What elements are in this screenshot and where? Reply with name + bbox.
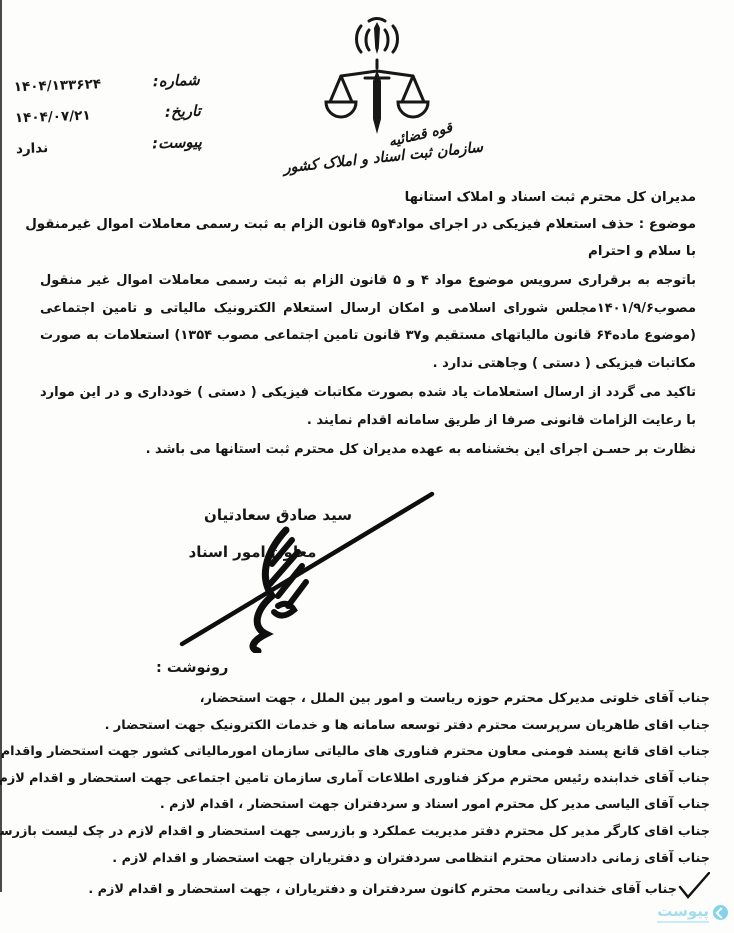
- attachment-value: ندارد: [16, 140, 49, 157]
- date-label: تاریخ:: [165, 102, 201, 121]
- cc-item: جناب اقای قانع پسند فومنی معاون محترم فن…: [30, 739, 710, 766]
- meta-date-row: تاریخ: ۱۴۰۴/۰۷/۲۱: [15, 102, 202, 126]
- organization-name: سازمان ثبت اسناد و املاک کشور: [283, 140, 484, 177]
- cc-item: جناب آقای خلوتی مدیرکل محترم حوزه ریاست …: [30, 686, 710, 713]
- scanned-official-letter: { "header": { "meta": { "number_label": …: [0, 0, 734, 933]
- cc-item: جناب اقای کارگر مدیر کل محترم دفتر مدیری…: [30, 819, 710, 846]
- salutation-line: با سلام و احترام: [40, 238, 696, 265]
- cc-item: جناب آقای الیاسی مدیر کل محترم امور اسنا…: [30, 792, 710, 819]
- cc-heading: رونوشت :: [156, 660, 228, 676]
- cc-item: جناب اقای طاهریان سرپرست محترم دفتر توسع…: [30, 713, 710, 740]
- letter-meta: شماره: ۱۴۰۴/۱۳۳۶۲۴ تاریخ: ۱۴۰۴/۰۷/۲۱ پیو…: [13, 71, 202, 170]
- cc-list: جناب آقای خلوتی مدیرکل محترم حوزه ریاست …: [30, 686, 710, 904]
- cc-item: جناب آقای خدابنده رئیس محترم مرکز فناوری…: [30, 766, 710, 793]
- scales-of-justice-icon: [312, 14, 442, 139]
- body-paragraph: باتوجه به برقراری سرویس موضوع مواد ۴ و ۵…: [40, 267, 696, 377]
- number-value: ۱۴۰۴/۱۳۳۶۲۴: [14, 76, 102, 95]
- attachment-label: پیوست:: [152, 133, 202, 153]
- body-paragraph: نظارت بر حسـن اجرای این بخشنامه به عهده …: [40, 436, 696, 464]
- watermark: پیوست: [657, 902, 728, 923]
- meta-attachment-row: پیوست: ندارد: [16, 133, 203, 157]
- watermark-logo-icon: [713, 905, 728, 920]
- cc-item-text: جناب آقای خندانی ریاست محترم کانون سردفت…: [88, 882, 677, 897]
- cc-item: جناب آقای زمانی دادستان محترم انتظامی سر…: [30, 846, 710, 873]
- letter-body: مدیران کل محترم ثبت اسناد و املاک استانه…: [40, 184, 696, 464]
- watermark-text: پیوست: [657, 902, 709, 923]
- subject-line: موضوع : حذف استعلام فیزیکی در اجرای مواد…: [40, 211, 696, 238]
- meta-number-row: شماره: ۱۴۰۴/۱۳۳۶۲۴: [13, 71, 200, 95]
- addressee-line: مدیران کل محترم ثبت اسناد و املاک استانه…: [40, 184, 696, 211]
- cc-item: جناب آقای خندانی ریاست محترم کانون سردفت…: [30, 872, 710, 904]
- body-paragraph: تاکید می گردد از ارسال استعلامات یاد شده…: [40, 379, 696, 434]
- judiciary-emblem: [312, 14, 442, 139]
- date-value: ۱۴۰۴/۰۷/۲۱: [15, 108, 91, 127]
- handwritten-checkmark-icon: [678, 872, 710, 900]
- number-label: شماره:: [152, 71, 200, 91]
- handwritten-signature: [160, 478, 450, 653]
